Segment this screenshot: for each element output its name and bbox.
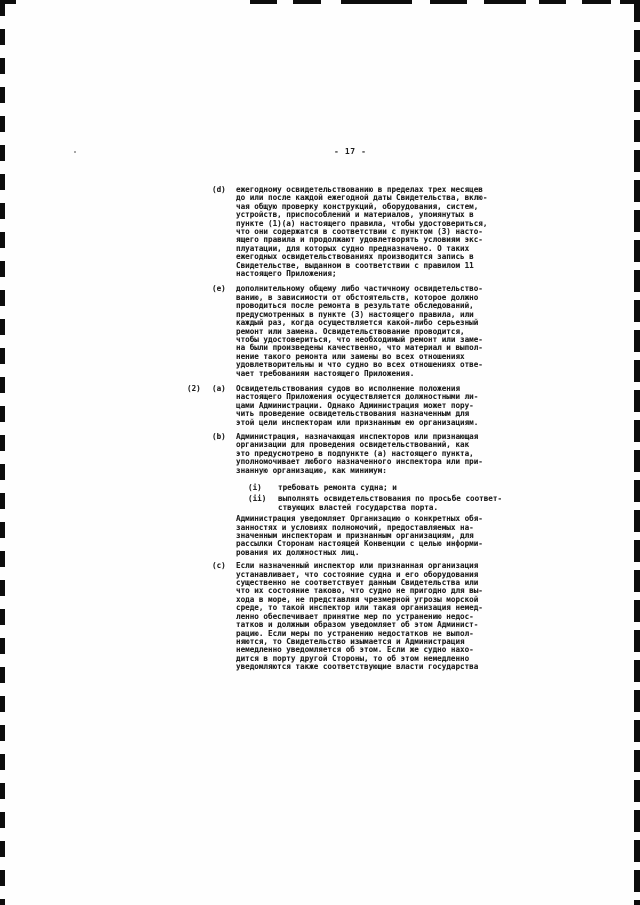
page-number: - 17 -: [334, 147, 367, 156]
scan-mark-top-edge: [539, 0, 566, 4]
scan-mark-top-edge: [250, 0, 277, 4]
scan-mark-top-edge: [0, 0, 16, 4]
paragraph-notification: Администрация уведомляет Организацию о к…: [187, 515, 492, 557]
item-label-b: (b): [212, 433, 226, 441]
paragraph-text: ежегодному освидетельствованию в предела…: [236, 186, 492, 278]
scan-mark-left-edge: [0, 0, 5, 905]
paragraph-text: Если назначенный инспектор или признанна…: [236, 562, 492, 671]
paragraph-b: (b) Администрация, назначающая инспектор…: [187, 433, 492, 475]
paragraph-ii: (ii) выполнять освидетельствования по пр…: [187, 495, 492, 512]
scan-mark-right-edge: [634, 0, 640, 905]
paragraph-e: (e) дополнительному общему либо частично…: [187, 285, 492, 377]
paragraph-text: дополнительному общему либо частичному о…: [236, 285, 492, 377]
item-label-2: (2): [187, 385, 201, 393]
scan-mark-top-edge: [430, 0, 467, 4]
scan-mark-top-edge: [484, 0, 526, 4]
paragraph-c: (c) Если назначенный инспектор или призн…: [187, 562, 492, 671]
item-label-a: (a): [212, 385, 226, 393]
scan-mark-top-edge: [582, 0, 611, 4]
document-body: (d) ежегодному освидетельствованию в пре…: [187, 186, 492, 672]
paragraph-text: Администрация уведомляет Организацию о к…: [236, 515, 492, 557]
item-label-ii: (ii): [248, 495, 266, 503]
scanned-document-page: - 17 - (d) ежегодному освидетельствовани…: [0, 0, 640, 905]
paragraph-text: Администрация, назначающая инспекторов и…: [236, 433, 492, 475]
paragraph-text: выполнять освидетельствования по просьбе…: [278, 495, 492, 512]
scan-mark-top-edge: [620, 0, 640, 4]
item-label-e: (e): [212, 285, 226, 293]
paragraph-d: (d) ежегодному освидетельствованию в пре…: [187, 186, 492, 278]
paragraph-i: (i) требовать ремонта судна; и: [187, 484, 492, 492]
paragraph-text: требовать ремонта судна; и: [278, 484, 492, 492]
item-label-d: (d): [212, 186, 226, 194]
scan-mark-top-edge: [341, 0, 412, 4]
paragraph-2a: (2) (a) Освидетельствования судов во исп…: [187, 385, 492, 427]
scan-speck: [74, 151, 76, 153]
item-label-i: (i): [248, 484, 262, 492]
paragraph-text: Освидетельствования судов во исполнение …: [236, 385, 492, 427]
item-label-c: (c): [212, 562, 226, 570]
scan-mark-top-edge: [293, 0, 321, 4]
